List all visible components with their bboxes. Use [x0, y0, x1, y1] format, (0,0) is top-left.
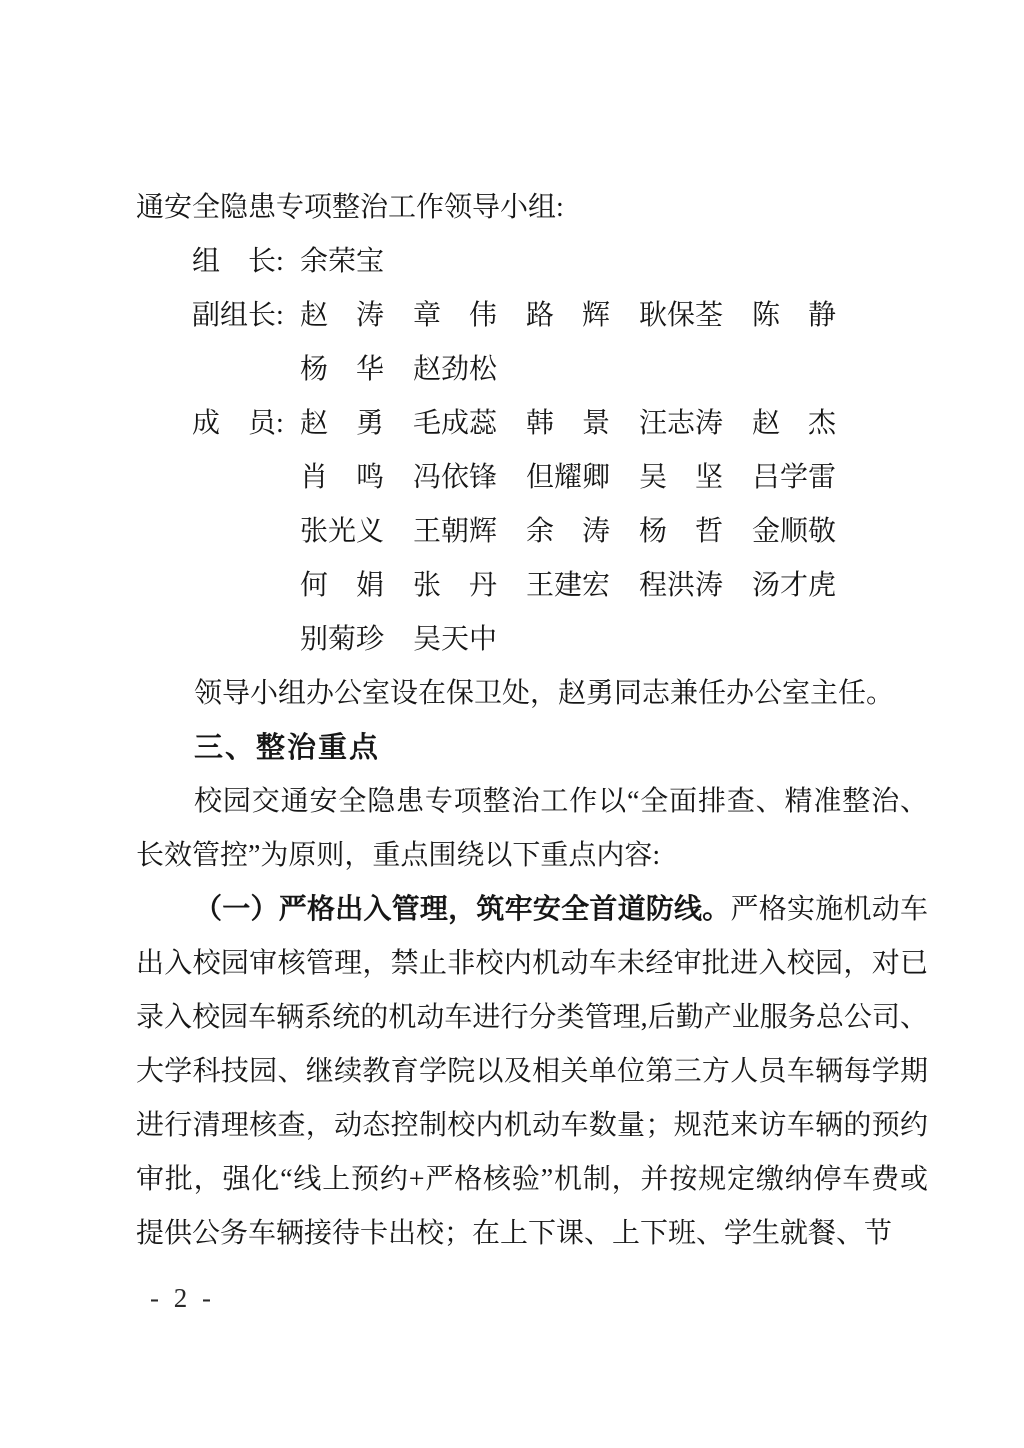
roster-line: 肖鸣冯依锋但耀卿吴坚吕学雷 — [192, 451, 928, 505]
item-one-body: 严格实施机动车出入校园审核管理，禁止非校内机动车未经审批进入校园，对已录入校园车… — [136, 894, 928, 1249]
document-body: 通安全隐患专项整治工作领导小组: 组 长:余荣宝副组长:赵涛章伟路辉耿保荃陈静杨… — [136, 181, 928, 1261]
roster-line: 别菊珍吴天中 — [192, 613, 928, 667]
person-name: 肖鸣 — [300, 451, 384, 505]
item-one-lead: （一）严格出入管理，筑牢安全首道防线。 — [194, 894, 731, 925]
principle-paragraph: 校园交通安全隐患专项整治工作以“全面排查、精准整治、长效管控”为原则，重点围绕以… — [136, 775, 928, 883]
document-page: 通安全隐患专项整治工作领导小组: 组 长:余荣宝副组长:赵涛章伟路辉耿保荃陈静杨… — [0, 0, 1024, 1448]
person-name: 赵杰 — [752, 397, 836, 451]
person-name: 金顺敬 — [752, 505, 836, 559]
roster-line: 何娟张丹王建宏程洪涛汤才虎 — [192, 559, 928, 613]
person-name: 吕学雷 — [752, 451, 836, 505]
leadership-roster: 组 长:余荣宝副组长:赵涛章伟路辉耿保荃陈静杨华赵劲松成 员:赵勇毛成蕊韩景汪志… — [136, 235, 928, 667]
item-one-paragraph: （一）严格出入管理，筑牢安全首道防线。严格实施机动车出入校园审核管理，禁止非校内… — [136, 883, 928, 1261]
roster-role-label: 组 长: — [192, 235, 300, 289]
continuation-line: 通安全隐患专项整治工作领导小组: — [136, 181, 928, 235]
person-name: 耿保荃 — [639, 289, 723, 343]
person-name: 汪志涛 — [639, 397, 723, 451]
roster-line: 成 员:赵勇毛成蕊韩景汪志涛赵杰 — [192, 397, 928, 451]
person-name: 别菊珍 — [300, 613, 384, 667]
person-name: 陈静 — [752, 289, 836, 343]
section-heading: 三、整治重点 — [136, 721, 928, 775]
person-name: 章伟 — [413, 289, 497, 343]
person-name: 何娟 — [300, 559, 384, 613]
roster-line: 组 长:余荣宝 — [192, 235, 928, 289]
person-name: 王朝辉 — [413, 505, 497, 559]
person-name: 赵勇 — [300, 397, 384, 451]
roster-role-label: 副组长: — [192, 289, 300, 343]
roster-line: 杨华赵劲松 — [192, 343, 928, 397]
person-name: 余荣宝 — [300, 235, 384, 289]
roster-line: 副组长:赵涛章伟路辉耿保荃陈静 — [192, 289, 928, 343]
person-name: 冯依锋 — [413, 451, 497, 505]
roster-role-label: 成 员: — [192, 397, 300, 451]
person-name: 吴天中 — [413, 613, 497, 667]
person-name: 王建宏 — [526, 559, 610, 613]
person-name: 韩景 — [526, 397, 610, 451]
page-number: - 2 - — [150, 1283, 215, 1314]
person-name: 余涛 — [526, 505, 610, 559]
person-name: 毛成蕊 — [413, 397, 497, 451]
person-name: 路辉 — [526, 289, 610, 343]
person-name: 张光义 — [300, 505, 384, 559]
person-name: 杨华 — [300, 343, 384, 397]
person-name: 程洪涛 — [639, 559, 723, 613]
person-name: 但耀卿 — [526, 451, 610, 505]
office-note-line: 领导小组办公室设在保卫处，赵勇同志兼任办公室主任。 — [136, 667, 928, 721]
person-name: 赵劲松 — [413, 343, 497, 397]
person-name: 汤才虎 — [752, 559, 836, 613]
person-name: 张丹 — [413, 559, 497, 613]
roster-line: 张光义王朝辉余涛杨哲金顺敬 — [192, 505, 928, 559]
person-name: 赵涛 — [300, 289, 384, 343]
person-name: 吴坚 — [639, 451, 723, 505]
person-name: 杨哲 — [639, 505, 723, 559]
